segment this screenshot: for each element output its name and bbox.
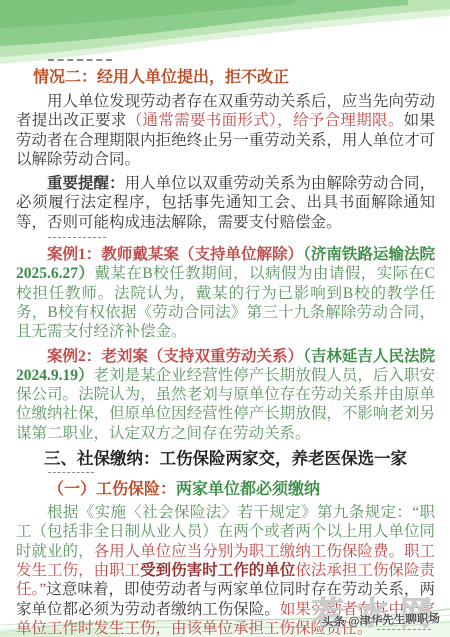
subheading-label: （一）工伤保险： [48, 481, 176, 498]
article-content: 情况二：经用人单位提出，拒不改正 用人单位发现劳动者存在双重劳动关系后，应当先向… [16, 56, 435, 637]
case-1-title: 案例1：教师戴某案（支持单位解除） [47, 246, 303, 263]
paragraph-correction-requirement: 用人单位发现劳动者存在双重劳动关系后，应当先向劳动者提出改正要求（通常需要书面形… [16, 92, 435, 169]
dashed-rule [48, 237, 106, 238]
situation-2-heading: 情况二：经用人单位提出，拒不改正 [16, 68, 435, 88]
case-2-paragraph: 案例2：老刘案（支持双重劳动关系）（吉林延吉人民法院2024.9.19）老刘是某… [16, 347, 435, 443]
subheading-value: 两家单位都必须缴纳 [176, 481, 320, 498]
case-1-paragraph: 案例1：教师戴某案（支持单位解除）（济南铁路运输法院2025.6.27）戴某在B… [16, 245, 435, 341]
dashed-rule [48, 59, 112, 61]
paragraph-important-reminder: 重要提醒：用人单位以双重劳动关系为由解除劳动合同，必须履行法定程序，包括事先通知… [16, 174, 435, 232]
article-page: 情况二：经用人单位提出，拒不改正 用人单位发现劳动者存在双重劳动关系后，应当先向… [0, 0, 450, 637]
dashed-divider-2 [48, 237, 435, 238]
regulation-quote-emphasis: 受到伤害时工作的单位 [140, 562, 295, 579]
dashed-rule [48, 472, 94, 473]
work-injury-subheading: （一）工伤保险：两家单位都必须缴纳 [16, 480, 435, 500]
dashed-divider-3 [48, 472, 435, 473]
case-2-title: 案例2：老刘案（支持双重劳动关系） [47, 348, 303, 365]
top-wave-decoration [0, 0, 450, 64]
reminder-label: 重要提醒： [47, 175, 125, 192]
dashed-divider-1 [48, 59, 435, 61]
section-3-title: 三、社保缴纳：工伤保险两家交，养老医保选一家 [16, 448, 435, 469]
text-segment-highlight: （通常需要书面形式），给予合理期限。 [127, 112, 404, 129]
